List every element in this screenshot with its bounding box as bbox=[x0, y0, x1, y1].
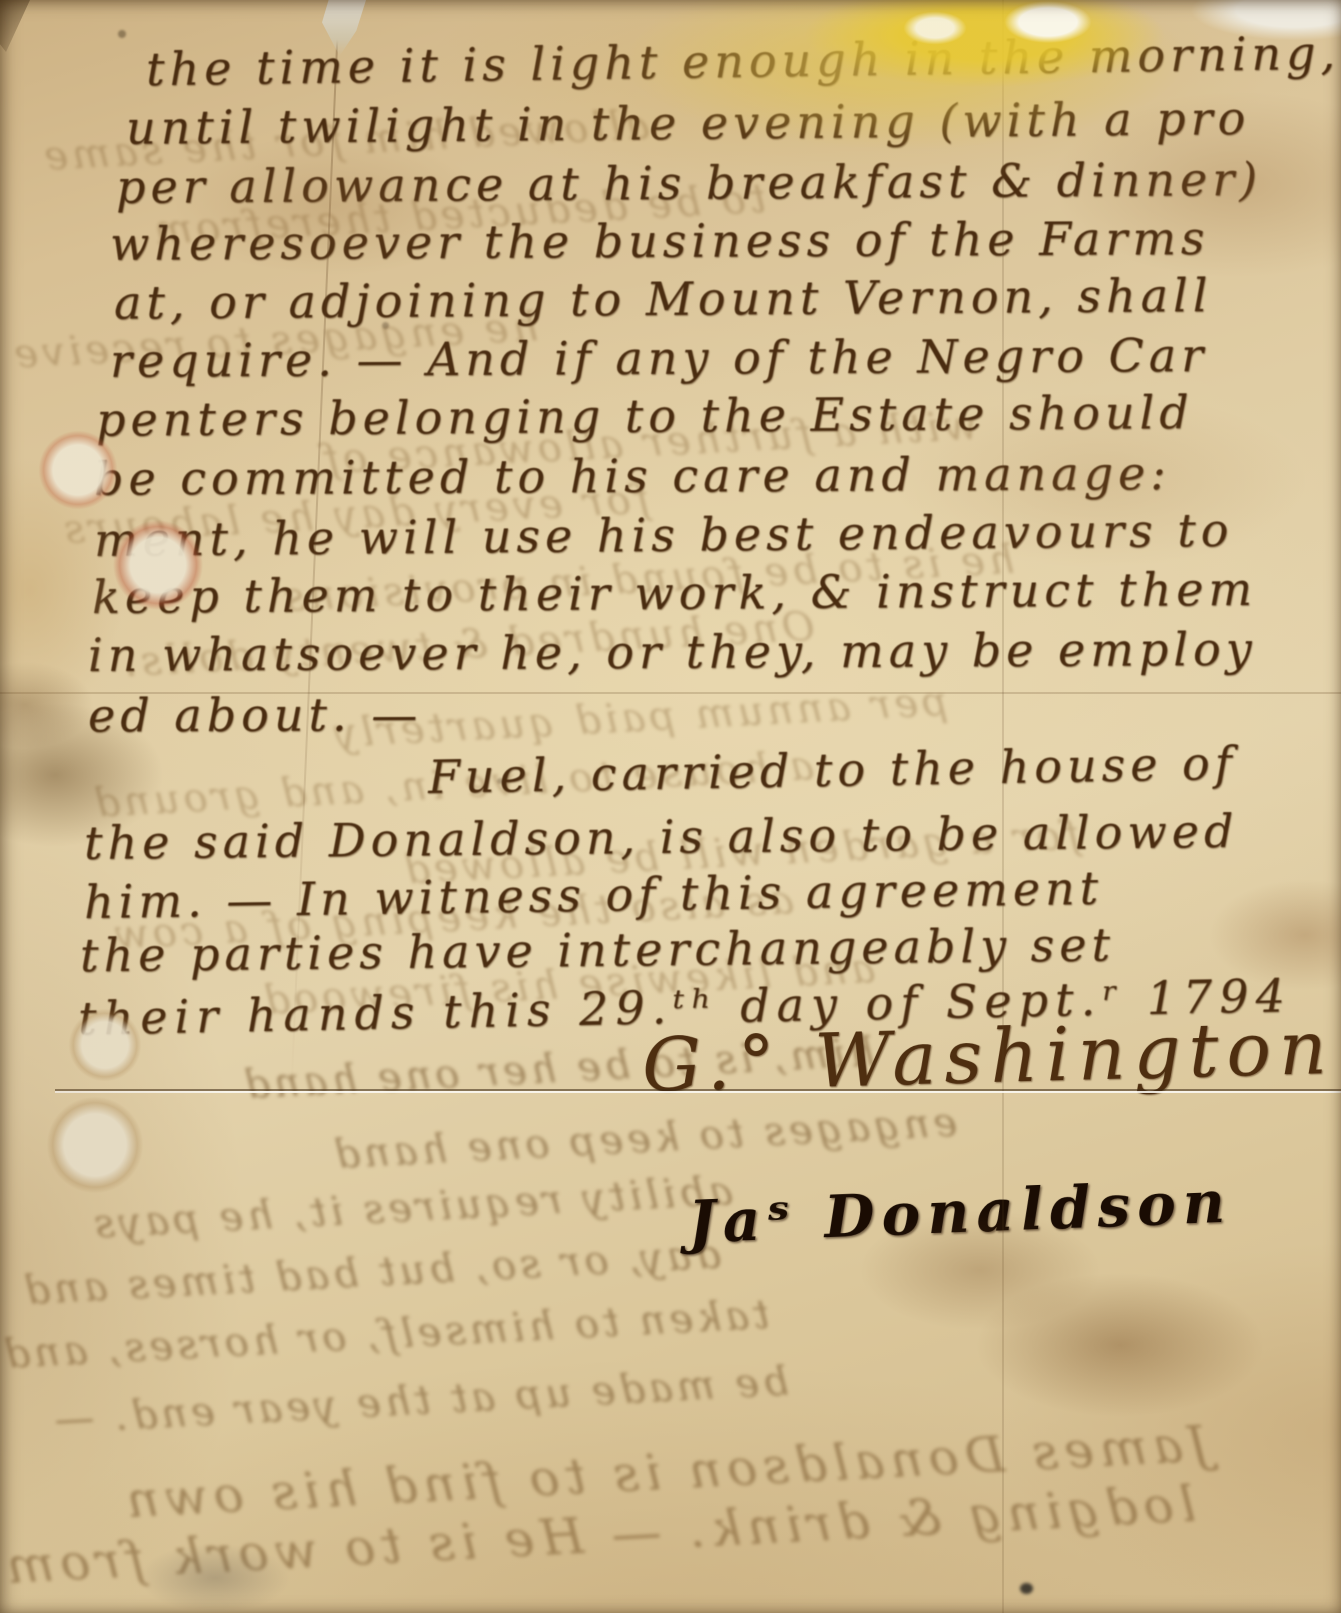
bleedthrough-line: be made up at the year end. — bbox=[49, 1359, 790, 1444]
ink-speck bbox=[118, 30, 126, 38]
bleedthrough-line: engages to keep one hand bbox=[329, 1100, 958, 1179]
manuscript-line-12: ed about. — bbox=[88, 687, 422, 742]
manuscript-line-14: the said Donaldson, is also to be allowe… bbox=[84, 804, 1239, 870]
signature-george-washington: G.° Washington bbox=[641, 1005, 1336, 1109]
manuscript-line-4: wheresoever the business of the Farms bbox=[110, 211, 1210, 271]
manuscript-line-16: the parties have interchangeably set bbox=[80, 918, 1116, 983]
manuscript-line-11: in whatsoever he, or they, may be employ bbox=[88, 622, 1257, 682]
manuscript-line-10: keep them to their work, & instruct them bbox=[92, 562, 1257, 624]
manuscript-line-6: require. — And if any of the Negro Car bbox=[110, 328, 1208, 388]
paper-tear bbox=[0, 0, 30, 52]
manuscript-line-1: the time it is light enough in the morni… bbox=[146, 26, 1341, 97]
manuscript-line-9: ment, he will use his best endeavours to bbox=[94, 503, 1234, 567]
ink-speck bbox=[1020, 1583, 1033, 1594]
manuscript-line-8: be committed to his care and manage: bbox=[94, 446, 1171, 506]
manuscript-line-2: until twilight in the evening (with a pr… bbox=[126, 91, 1251, 155]
manuscript-line-13: Fuel, carried to the house of bbox=[428, 736, 1238, 804]
signature-james-donaldson: Jaˢ Donaldson bbox=[687, 1168, 1233, 1257]
manuscript-page: allowed him for the same to be deducted … bbox=[0, 0, 1341, 1613]
manuscript-line-7: penters belonging to the Estate should bbox=[96, 385, 1194, 447]
manuscript-line-3: per allowance at his breakfast & dinner) bbox=[116, 152, 1263, 214]
manuscript-line-5: at, or adjoining to Mount Vernon, shall bbox=[114, 268, 1213, 330]
